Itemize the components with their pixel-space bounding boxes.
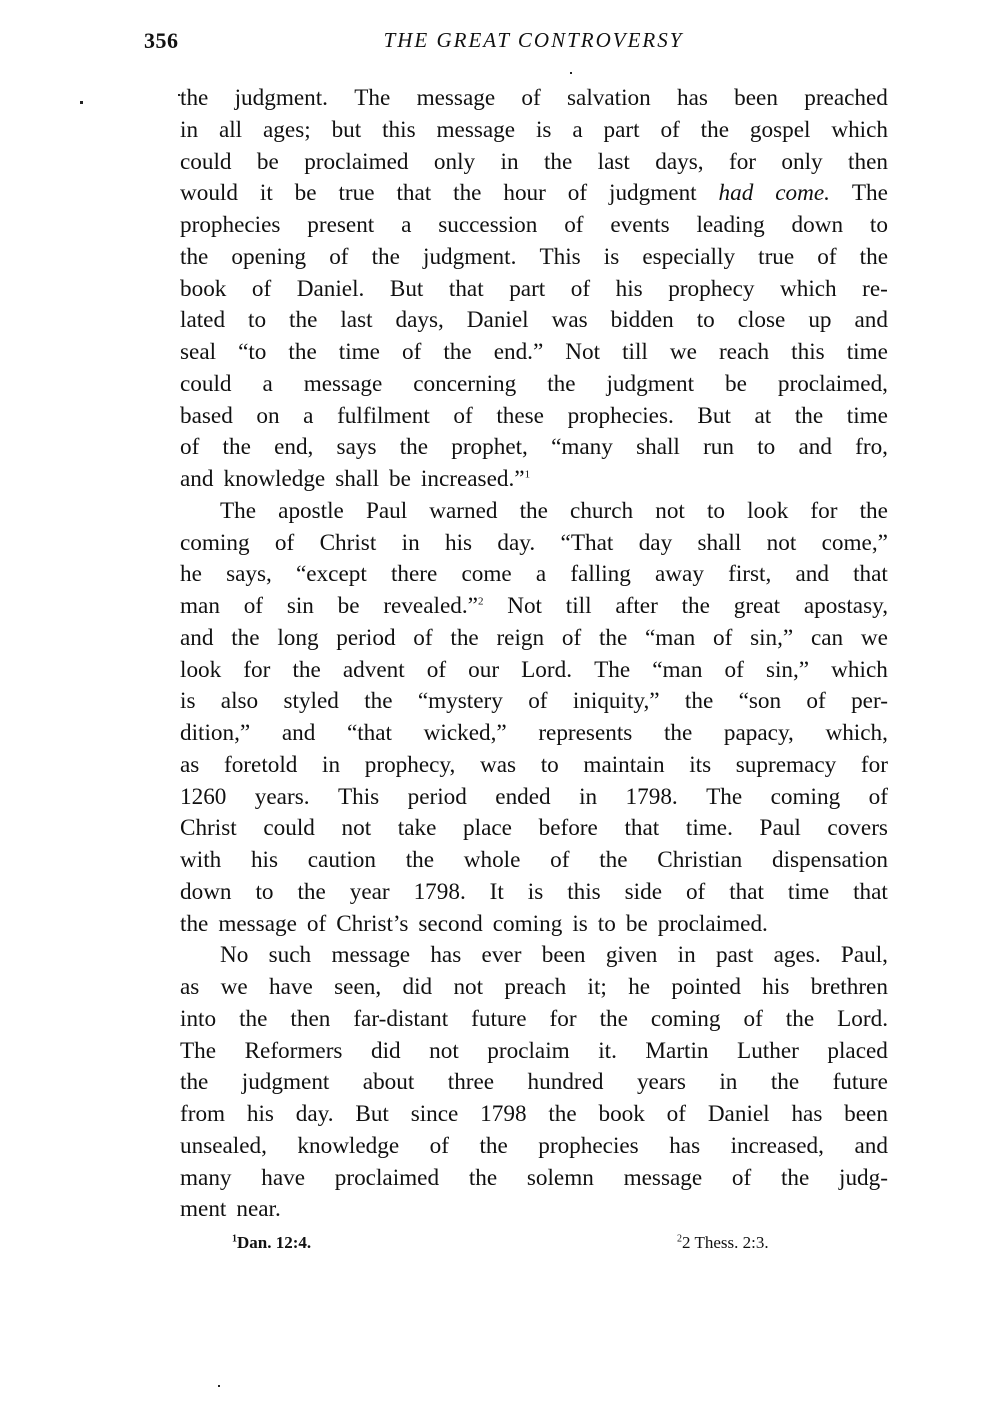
word: succession xyxy=(438,210,537,242)
word: after xyxy=(615,591,657,623)
word: prophecy xyxy=(668,274,754,306)
word: all xyxy=(219,115,242,147)
word: the xyxy=(795,401,823,433)
word: could xyxy=(180,369,232,401)
word: the xyxy=(786,1004,814,1036)
word: “man xyxy=(652,655,702,687)
word: the xyxy=(599,845,627,877)
word: the xyxy=(548,1099,576,1131)
word: is xyxy=(536,115,551,147)
word: have xyxy=(261,1163,305,1195)
word: proclaimed, xyxy=(778,369,888,401)
word: of xyxy=(550,845,569,877)
word: ages. xyxy=(774,940,821,972)
word: of xyxy=(402,337,421,369)
word: maintain xyxy=(583,750,664,782)
word: for xyxy=(550,1004,577,1036)
word: is xyxy=(180,686,195,718)
word: ment xyxy=(180,1194,226,1226)
word: book xyxy=(180,274,226,306)
word: is xyxy=(604,242,619,274)
word: the xyxy=(297,877,325,909)
word: only xyxy=(434,147,475,179)
word: coming xyxy=(493,909,563,941)
word: in xyxy=(719,1067,737,1099)
word: could xyxy=(180,147,232,179)
word: Paul xyxy=(760,813,801,845)
book-title: THE GREAT CONTROVERSY xyxy=(180,28,887,53)
word: time xyxy=(339,337,380,369)
word: to xyxy=(541,750,559,782)
word: opening xyxy=(231,242,306,274)
word: coming xyxy=(180,528,250,560)
word: time xyxy=(847,337,888,369)
word: for xyxy=(729,147,756,179)
word: first, xyxy=(728,559,771,591)
text-line: Nosuchmessagehaseverbeengiveninpastages.… xyxy=(180,940,888,972)
word: a xyxy=(401,210,411,242)
word: since xyxy=(411,1099,459,1131)
word: then xyxy=(290,1004,330,1036)
word: period xyxy=(336,623,395,655)
word: represents xyxy=(538,718,632,750)
word: a xyxy=(536,559,546,591)
word: that xyxy=(853,877,888,909)
word: events xyxy=(610,210,669,242)
text-line: propheciespresentasuccessionofeventslead… xyxy=(180,210,888,242)
word: apostasy, xyxy=(804,591,888,623)
word: of xyxy=(660,115,679,147)
word: great xyxy=(734,591,780,623)
word: of xyxy=(686,877,705,909)
word: last xyxy=(598,147,630,179)
word: Christ xyxy=(320,528,377,560)
word: years. xyxy=(255,782,310,814)
word: given xyxy=(606,940,658,972)
word: which xyxy=(831,655,888,687)
word: prophecy, xyxy=(365,750,456,782)
word: message xyxy=(417,83,496,115)
word: of xyxy=(275,528,294,560)
word: Daniel xyxy=(708,1099,770,1131)
text-line: themessageofChrist’ssecondcomingistobepr… xyxy=(180,909,888,941)
word: and xyxy=(180,464,213,496)
word: till xyxy=(566,591,592,623)
word: been xyxy=(844,1099,888,1131)
word: wicked,” xyxy=(424,718,507,750)
word: But xyxy=(355,1099,389,1131)
word: The xyxy=(706,782,742,814)
word: and xyxy=(854,1131,887,1163)
word: shall xyxy=(335,464,379,496)
word: Daniel xyxy=(467,305,529,337)
footnote-reference: 1 xyxy=(525,468,531,480)
word: of xyxy=(713,623,732,655)
word: of xyxy=(743,1004,762,1036)
word: of xyxy=(427,655,446,687)
word: been xyxy=(542,940,586,972)
word: Luther xyxy=(737,1036,799,1068)
word: into xyxy=(180,1004,216,1036)
word: “mystery xyxy=(418,686,503,718)
word: says, xyxy=(226,559,272,591)
word: from xyxy=(180,1099,225,1131)
word: sin,” xyxy=(766,655,809,687)
word: sin,” xyxy=(750,623,793,655)
word: preached xyxy=(804,83,888,115)
word: the xyxy=(682,591,710,623)
word: time xyxy=(847,401,888,433)
word: shall xyxy=(636,432,680,464)
word: is xyxy=(572,909,587,941)
word: not xyxy=(655,496,685,528)
word: Not xyxy=(565,337,600,369)
word: the xyxy=(664,718,692,750)
word: near. xyxy=(236,1194,280,1226)
scan-speck xyxy=(80,101,83,104)
word: these xyxy=(496,401,544,433)
word: to xyxy=(757,432,775,464)
word: hundred xyxy=(528,1067,604,1099)
word: of xyxy=(869,782,888,814)
word: had xyxy=(719,178,754,210)
word: did xyxy=(402,972,432,1004)
word: his xyxy=(445,528,472,560)
word: such xyxy=(269,940,312,972)
text-line: intothethenfar-distantfutureforthecoming… xyxy=(180,1004,888,1036)
word: of xyxy=(244,591,263,623)
word: future xyxy=(471,1004,526,1036)
word: This xyxy=(539,242,580,274)
word: for xyxy=(810,496,837,528)
text-line: mentnear. xyxy=(180,1194,888,1226)
word: in xyxy=(402,528,420,560)
word: knowledge xyxy=(223,464,325,496)
word: proclaim xyxy=(487,1036,569,1068)
word: seal xyxy=(180,337,216,369)
word: period xyxy=(408,782,467,814)
paragraph: thejudgment.Themessageofsalvationhasbeen… xyxy=(180,83,888,496)
word: falling xyxy=(570,559,631,591)
word: he xyxy=(180,559,202,591)
word: that xyxy=(624,813,659,845)
word: “to xyxy=(238,337,266,369)
word: The xyxy=(220,496,256,528)
word: away xyxy=(655,559,704,591)
word: judgment xyxy=(606,369,694,401)
text-line: thejudgmentaboutthreehundredyearsinthefu… xyxy=(180,1067,888,1099)
word: day. xyxy=(296,1099,334,1131)
word: solemn xyxy=(527,1163,594,1195)
running-head: 356 THE GREAT CONTROVERSY xyxy=(180,28,887,58)
word: Reformers xyxy=(245,1036,343,1068)
word: of xyxy=(413,623,432,655)
word: church xyxy=(570,496,633,528)
word: apostle xyxy=(278,496,344,528)
word: future xyxy=(833,1067,888,1099)
word: judgment. xyxy=(423,242,516,274)
word: coming xyxy=(651,1004,721,1036)
text-line: 1260years.Thisperiodendedin1798.Thecomin… xyxy=(180,782,888,814)
word: in xyxy=(501,147,519,179)
word: down xyxy=(792,210,844,242)
word: But xyxy=(697,401,731,433)
word: the xyxy=(860,242,888,274)
word: before xyxy=(539,813,598,845)
word: The xyxy=(354,83,390,115)
word: not xyxy=(453,972,483,1004)
word: the xyxy=(288,337,316,369)
word: its xyxy=(689,750,711,782)
word: has xyxy=(791,1099,822,1131)
word: has xyxy=(430,940,461,972)
word: his xyxy=(247,1099,274,1131)
text-line: woulditbetruethatthehourofjudgmenthadcom… xyxy=(180,178,888,210)
text-line: seal“tothetimeoftheend.”Nottillwereachth… xyxy=(180,337,888,369)
word: Daniel. xyxy=(297,274,365,306)
word: ages; xyxy=(263,115,311,147)
word: gospel xyxy=(750,115,811,147)
word: proclaimed xyxy=(335,1163,439,1195)
word: prophecies xyxy=(180,210,280,242)
word: The xyxy=(180,1036,216,1068)
word: many xyxy=(180,1163,232,1195)
word: but xyxy=(332,115,362,147)
word: 1260 xyxy=(180,782,226,814)
word: a xyxy=(303,401,313,433)
word: then xyxy=(848,147,888,179)
word: lated xyxy=(180,305,225,337)
word: 1798. xyxy=(414,877,466,909)
word: look xyxy=(747,496,788,528)
word: concerning xyxy=(413,369,516,401)
word: of xyxy=(521,83,540,115)
text-line: asforetoldinprophecy,wastomaintainitssup… xyxy=(180,750,888,782)
word: increased.”1 xyxy=(421,464,530,496)
word: we xyxy=(861,623,888,655)
word: judg- xyxy=(839,1163,888,1195)
word: foretold xyxy=(224,750,297,782)
text-line: thejudgment.Themessageofsalvationhasbeen… xyxy=(180,83,888,115)
word: unsealed, xyxy=(180,1131,267,1163)
word: three xyxy=(448,1067,494,1099)
word: based xyxy=(180,401,233,433)
text-line: inallages;butthismessageisapartofthegosp… xyxy=(180,115,888,147)
footnote-text: 2 Thess. 2:3. xyxy=(682,1233,769,1252)
word: ended xyxy=(495,782,550,814)
text-line: TheReformersdidnotproclaimit.MartinLuthe… xyxy=(180,1036,888,1068)
word: and xyxy=(795,559,828,591)
word: the xyxy=(547,369,575,401)
word: judgment. xyxy=(235,83,328,115)
word: of xyxy=(430,1131,449,1163)
word: 1798. xyxy=(626,782,678,814)
word: the xyxy=(469,1163,497,1195)
word: the xyxy=(443,337,471,369)
word: of xyxy=(667,1099,686,1131)
word: place xyxy=(463,813,512,845)
word: brethren xyxy=(811,972,888,1004)
word: The xyxy=(852,178,888,210)
word: the xyxy=(450,623,478,655)
word: message xyxy=(331,940,410,972)
text-line: theopeningofthejudgment.Thisisespecially… xyxy=(180,242,888,274)
word: papacy, xyxy=(724,718,794,750)
word: No xyxy=(220,940,248,972)
word: pointed xyxy=(671,972,741,1004)
word: judgment xyxy=(609,178,697,210)
text-line: bookofDaniel.Butthatpartofhisprophecywhi… xyxy=(180,274,888,306)
page-number: 356 xyxy=(144,28,179,54)
word: the xyxy=(223,432,251,464)
word: hour xyxy=(503,178,546,210)
word: the xyxy=(180,242,208,274)
word: fulfilment xyxy=(337,401,430,433)
word: preach xyxy=(504,972,566,1004)
text-line: comingofChristinhisday.“Thatdayshallnotc… xyxy=(180,528,888,560)
word: of xyxy=(180,432,199,464)
word: revealed.”2 xyxy=(383,591,483,623)
word: the xyxy=(599,623,627,655)
word: salvation xyxy=(567,83,651,115)
text-line: latedtothelastdays,Danielwasbiddentoclos… xyxy=(180,305,888,337)
word: of xyxy=(252,274,271,306)
text-line: downtotheyear1798.Itisthissideofthattime… xyxy=(180,877,888,909)
word: close xyxy=(738,305,786,337)
word: of xyxy=(732,1163,751,1195)
word: of xyxy=(329,242,348,274)
text-line: TheapostlePaulwarnedthechurchnottolookfo… xyxy=(180,496,888,528)
word: days, xyxy=(655,147,703,179)
word: part xyxy=(509,274,545,306)
word: book xyxy=(598,1099,644,1131)
word: of xyxy=(725,655,744,687)
word: the xyxy=(406,845,434,877)
text-line: unsealed,knowledgeoftheprophecieshasincr… xyxy=(180,1131,888,1163)
word: The xyxy=(594,655,630,687)
word: would xyxy=(180,178,238,210)
word: message xyxy=(304,369,383,401)
word: to xyxy=(248,305,266,337)
word: per- xyxy=(851,686,888,718)
word: not xyxy=(342,813,372,845)
word: come xyxy=(461,559,511,591)
word: “man xyxy=(645,623,695,655)
word: message xyxy=(624,1163,703,1195)
word: Paul, xyxy=(841,940,888,972)
word: placed xyxy=(827,1036,888,1068)
word: to xyxy=(697,305,715,337)
word: of xyxy=(453,401,472,433)
word: of xyxy=(806,686,825,718)
word: the xyxy=(180,83,208,115)
scan-speck xyxy=(570,72,572,74)
word: did xyxy=(371,1036,401,1068)
word: in xyxy=(180,115,198,147)
text-line: couldbeproclaimedonlyinthelastdays,foron… xyxy=(180,147,888,179)
word: not xyxy=(429,1036,459,1068)
word: day. xyxy=(497,528,535,560)
word: warned xyxy=(429,496,497,528)
text-line: aswehaveseen,didnotpreachit;hepointedhis… xyxy=(180,972,888,1004)
word: covers xyxy=(827,813,888,845)
word: been xyxy=(734,83,778,115)
word: Lord. xyxy=(837,1004,888,1036)
word: styled xyxy=(283,686,338,718)
word: “many xyxy=(551,432,613,464)
word: the xyxy=(479,1131,507,1163)
word: that xyxy=(853,559,888,591)
word: the xyxy=(292,655,320,687)
word: has xyxy=(677,83,708,115)
word: last xyxy=(340,305,372,337)
word: as xyxy=(180,972,199,1004)
word: the xyxy=(685,686,713,718)
word: our xyxy=(468,655,499,687)
word: side xyxy=(625,877,662,909)
word: could xyxy=(263,813,315,845)
word: there xyxy=(391,559,437,591)
word: in xyxy=(678,940,696,972)
word: days, xyxy=(396,305,444,337)
word: for xyxy=(243,655,270,687)
word: end, xyxy=(274,432,313,464)
word: of xyxy=(571,274,590,306)
word: But xyxy=(390,274,424,306)
word: supremacy xyxy=(736,750,836,782)
word: the xyxy=(520,496,548,528)
word: he xyxy=(628,972,650,1004)
word: “except xyxy=(296,559,367,591)
text-line: oftheend,saystheprophet,“manyshallruntoa… xyxy=(180,432,888,464)
word: and xyxy=(798,432,831,464)
word: years xyxy=(637,1067,686,1099)
word: prophet, xyxy=(451,432,528,464)
word: bidden xyxy=(611,305,674,337)
word: time. xyxy=(686,813,733,845)
word: have xyxy=(269,972,313,1004)
word: be xyxy=(626,909,648,941)
word: look xyxy=(180,655,221,687)
word: Christian xyxy=(657,845,742,877)
word: the xyxy=(400,432,428,464)
word: up xyxy=(808,305,831,337)
word: Christ’s xyxy=(336,909,408,941)
word: in xyxy=(322,750,340,782)
word: “that xyxy=(347,718,392,750)
word: It xyxy=(490,877,504,909)
text-line: andthelongperiodofthereignofthe“manofsin… xyxy=(180,623,888,655)
text-line: manofsinberevealed.”2Nottillafterthegrea… xyxy=(180,591,888,623)
word: the xyxy=(289,305,317,337)
word: leading xyxy=(696,210,764,242)
word: man xyxy=(180,591,220,623)
word: which, xyxy=(825,718,887,750)
word: about xyxy=(363,1067,415,1099)
word: the xyxy=(453,178,481,210)
word: it. xyxy=(598,1036,617,1068)
word: come,” xyxy=(822,528,888,560)
footnote-reference: 2 xyxy=(478,595,484,607)
word: of xyxy=(564,210,583,242)
word: has xyxy=(669,1131,700,1163)
word: to xyxy=(255,877,273,909)
footnote-1: 1Dan. 12:4. xyxy=(232,1233,311,1253)
word: his xyxy=(251,845,278,877)
word: Christ xyxy=(180,813,237,845)
word: which xyxy=(780,274,837,306)
word: it; xyxy=(588,972,607,1004)
